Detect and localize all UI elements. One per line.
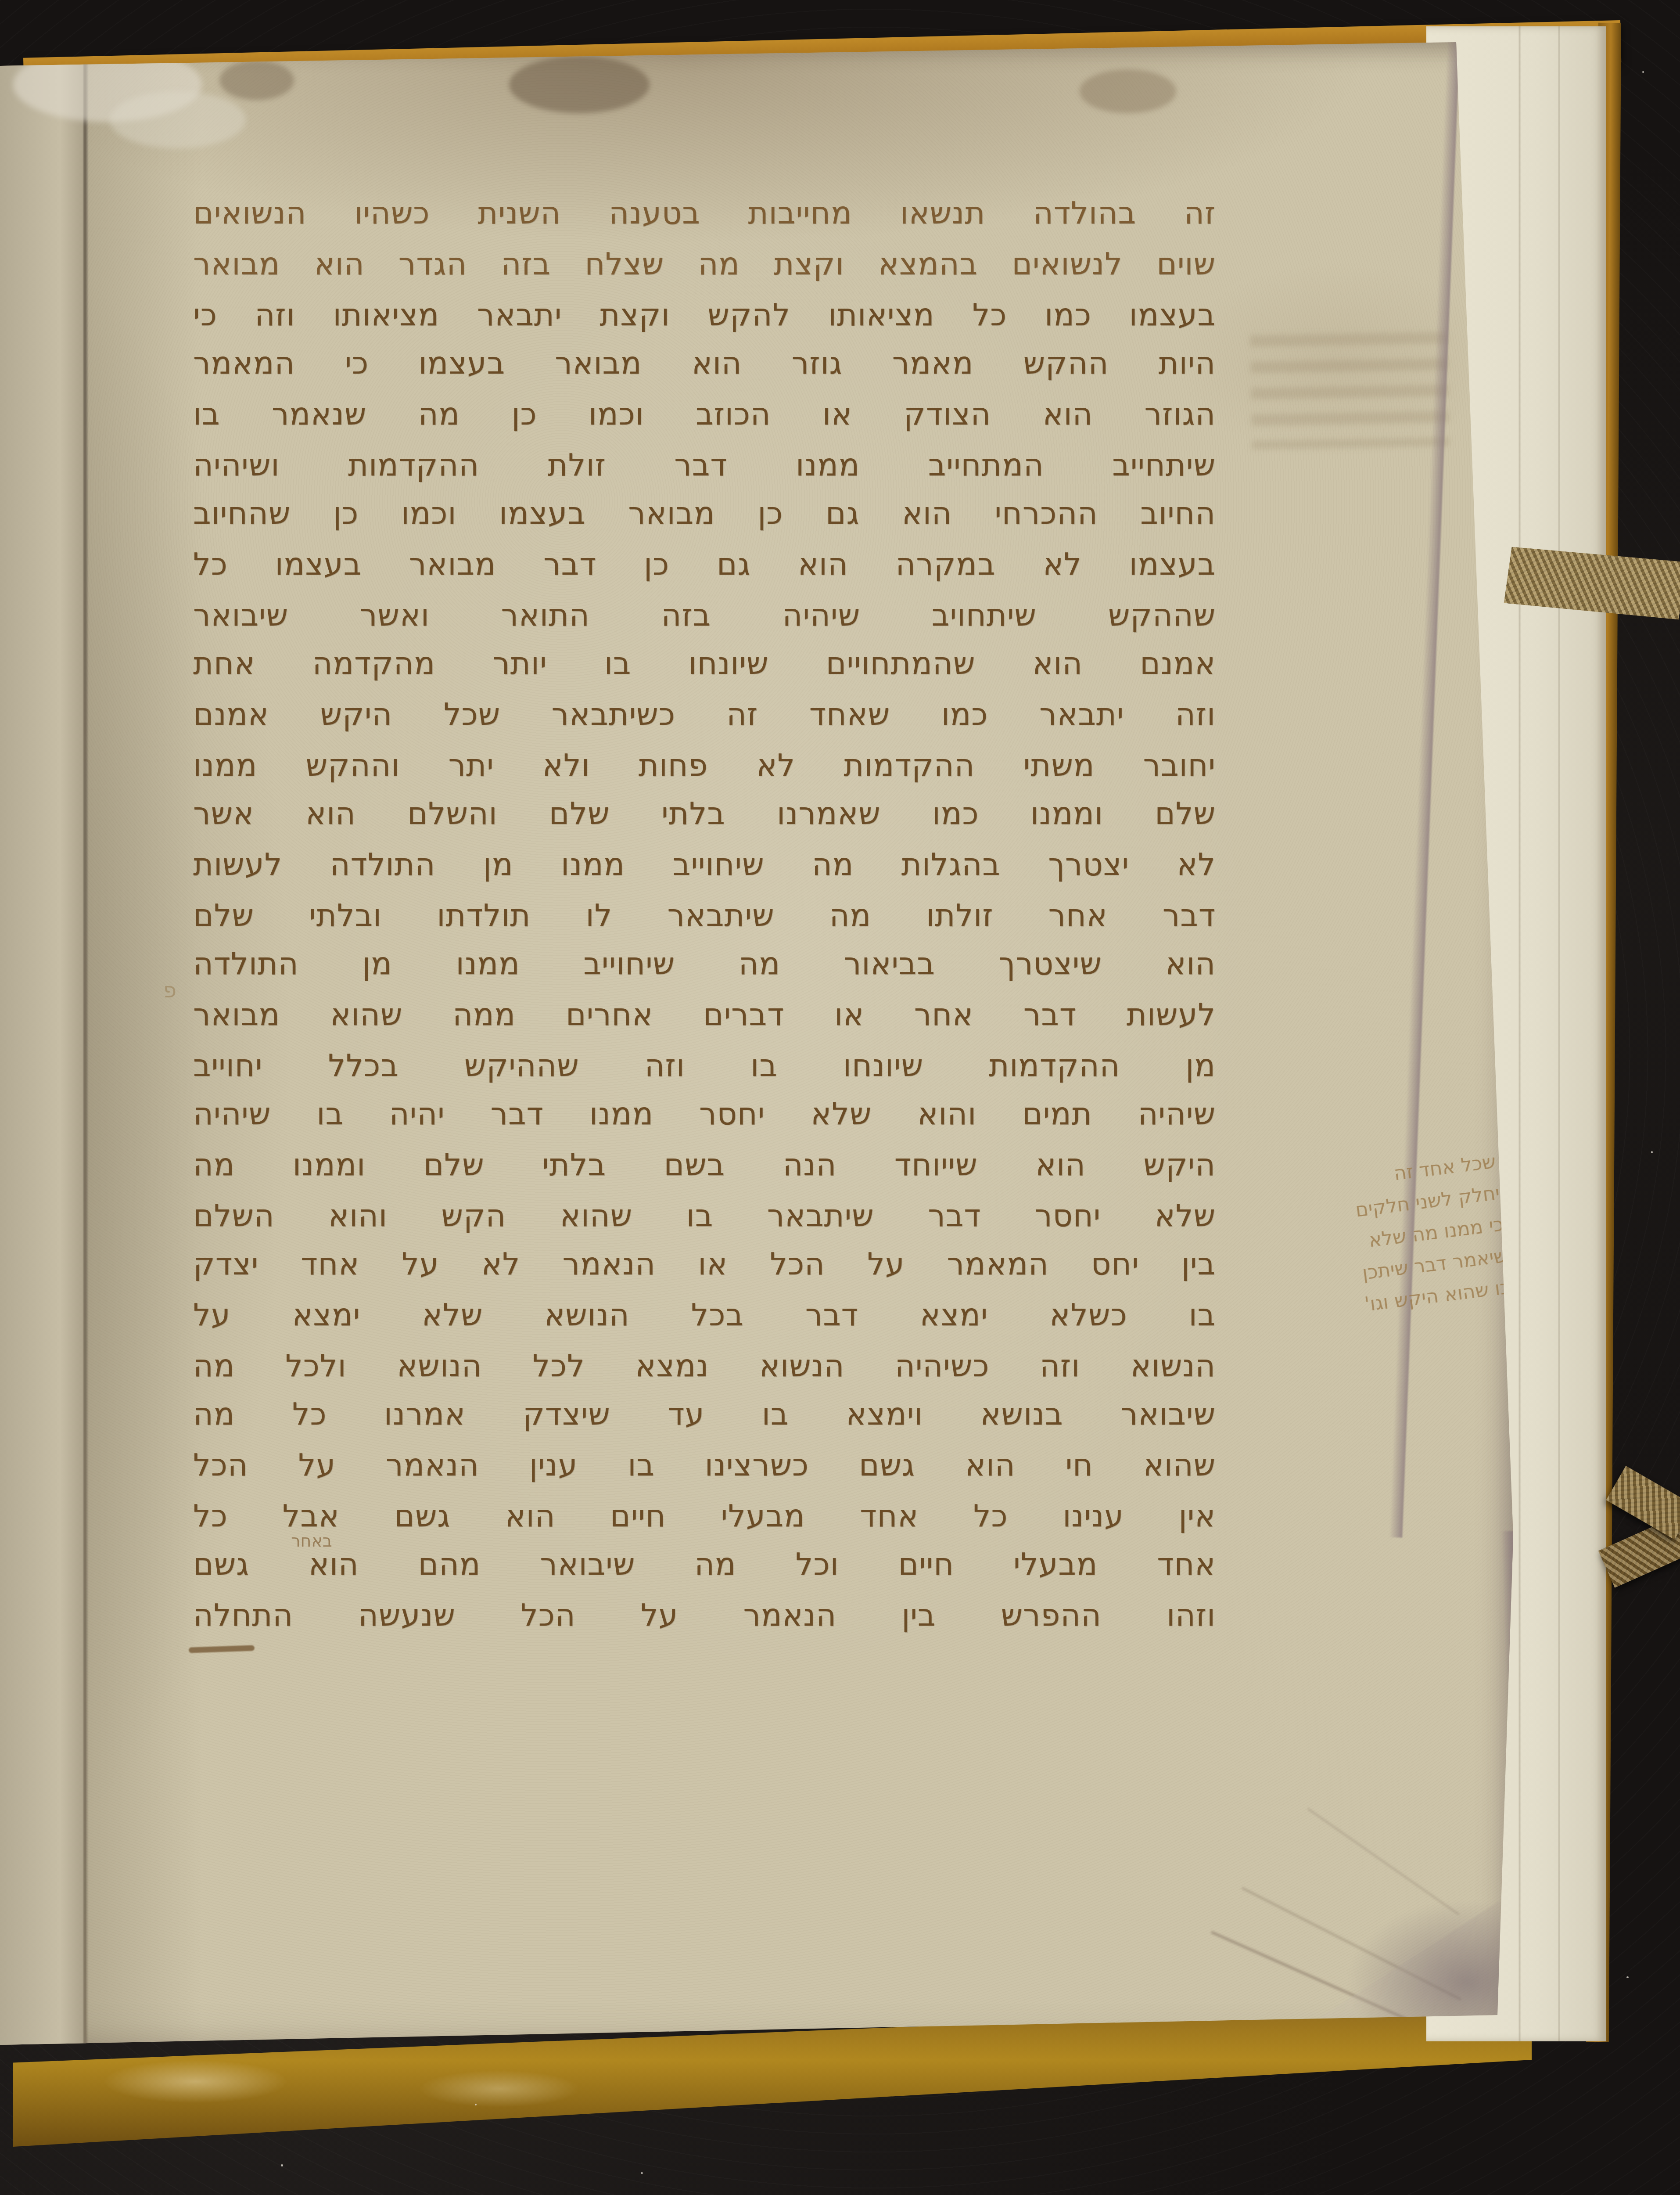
text-line: בעצמו לא במקרה הוא גם כן דבר מבואר בעצמו…	[193, 539, 1216, 589]
dust-speck	[1651, 1151, 1653, 1153]
gutter-crease	[83, 39, 88, 2054]
text-line: הוא שיצטרך בביאור מה שיחוייב ממנו מן התו…	[193, 939, 1216, 989]
text-line: שיתחייב המתחייב ממנו דבר זולת ההקדמות וש…	[193, 440, 1216, 490]
text-line: שוים לנשואים בהמצא וקצת מה שצלח בזה הגדר…	[193, 239, 1216, 289]
text-line: החיוב ההכרחי הוא גם כן מבואר בעצמו וכמו …	[193, 488, 1216, 538]
dust-speck	[281, 2164, 283, 2166]
dust-speck	[1642, 71, 1644, 73]
stain-blob	[509, 56, 650, 113]
text-line: שההקש שיתחויב שיהיה בזה התואר ואשר שיבוא…	[193, 590, 1216, 640]
text-line: מן ההקדמות שיונחו בו וזה שההיקש בכלל יחו…	[193, 1040, 1216, 1090]
stain-blob	[219, 61, 294, 100]
text-line: וזה יתבאר כמו שאחד זה כשיתבאר שכל היקש א…	[193, 689, 1216, 739]
paper-repair-patch	[110, 91, 246, 148]
corner-crease	[1307, 1808, 1459, 1915]
stain-blob	[1080, 69, 1176, 113]
text-line: זה בהולדה תנשאו מחייבות בטענה השנית כשהי…	[193, 188, 1216, 238]
text-line: לעשות דבר אחר או דברים אחרים ממה שהוא מב…	[193, 990, 1216, 1040]
marginal-gloss: שכל אחד זהיחלק לשני חלקיםכי ממנו מה שלאש…	[1215, 1146, 1513, 1337]
text-line: דבר אחר זולתו מה שיתבאר לו תולדתו ובלתי …	[193, 890, 1216, 940]
text-line: לא יצטרך בהגלות מה שיחוייב ממנו מן התולד…	[193, 839, 1216, 889]
text-line: הנשוא וזה כשיהיה הנשוא נמצא לכל הנושא ול…	[193, 1341, 1216, 1391]
cloth-tie-ribbon-lower	[1606, 1466, 1680, 1540]
text-line: שלא יחסר דבר שיתבאר בו שהוא הקש והוא השל…	[193, 1191, 1216, 1241]
text-line: היות ההקש מאמר גוזר הוא מבואר בעצמו כי ה…	[193, 338, 1216, 388]
manuscript-page: זה בהולדה תנשאו מחייבות בטענה השנית כשהי…	[0, 39, 1518, 2054]
dust-speck	[475, 2104, 477, 2105]
text-line: יחובר משתי ההקדמות לא פחות ולא יתר וההקש…	[193, 740, 1216, 790]
dust-speck	[641, 2172, 643, 2174]
gutter-shadow	[88, 39, 202, 2054]
text-line: היקש הוא שייוחד הנה בשם בלתי שלם וממנו מ…	[193, 1140, 1216, 1190]
gutter-facing-page-sliver	[0, 39, 86, 2054]
text-line: בין יחס המאמר על הכל או הנאמר לא על אחד …	[193, 1239, 1216, 1289]
text-line: שיבואר בנושא וימצא בו עד שיצדק אמרנו כל …	[193, 1389, 1216, 1439]
text-line: הגוזר הוא הצודק או הכוזב וכמו כן מה שנאמ…	[193, 389, 1216, 439]
main-text-block: זה בהולדה תנשאו מחייבות בטענה השנית כשהי…	[193, 189, 1216, 1640]
text-line: בעצמו כמו כל מציאותו להקש וקצת יתבאר מצי…	[193, 290, 1216, 340]
text-line: בו כשלא ימצא דבר בכל הנושא שלא ימצא על	[193, 1290, 1216, 1340]
dust-speck	[1626, 1976, 1629, 1978]
ink-bleedthrough-ghost	[1250, 332, 1449, 450]
margin-mark: פ	[163, 978, 176, 1003]
interlinear-correction: באחר	[263, 1531, 360, 1551]
text-line: שהוא חי הוא גשם כשרצינו בו ענין הנאמר על…	[193, 1440, 1216, 1490]
text-line: וזהו ההפרש בין הנאמר על הכל שנעשה התחלה	[193, 1590, 1216, 1640]
manuscript-photograph: זה בהולדה תנשאו מחייבות בטענה השנית כשהי…	[0, 0, 1680, 2195]
text-line: אמנם הוא שהמתחויים שיונחו בו יותר מהקדמה…	[193, 638, 1216, 688]
text-line: שלם וממנו כמו שאמרנו בלתי שלם והשלם הוא …	[193, 788, 1216, 838]
text-line: שיהיה תמים והוא שלא יחסר ממנו דבר יהיה ב…	[193, 1089, 1216, 1139]
